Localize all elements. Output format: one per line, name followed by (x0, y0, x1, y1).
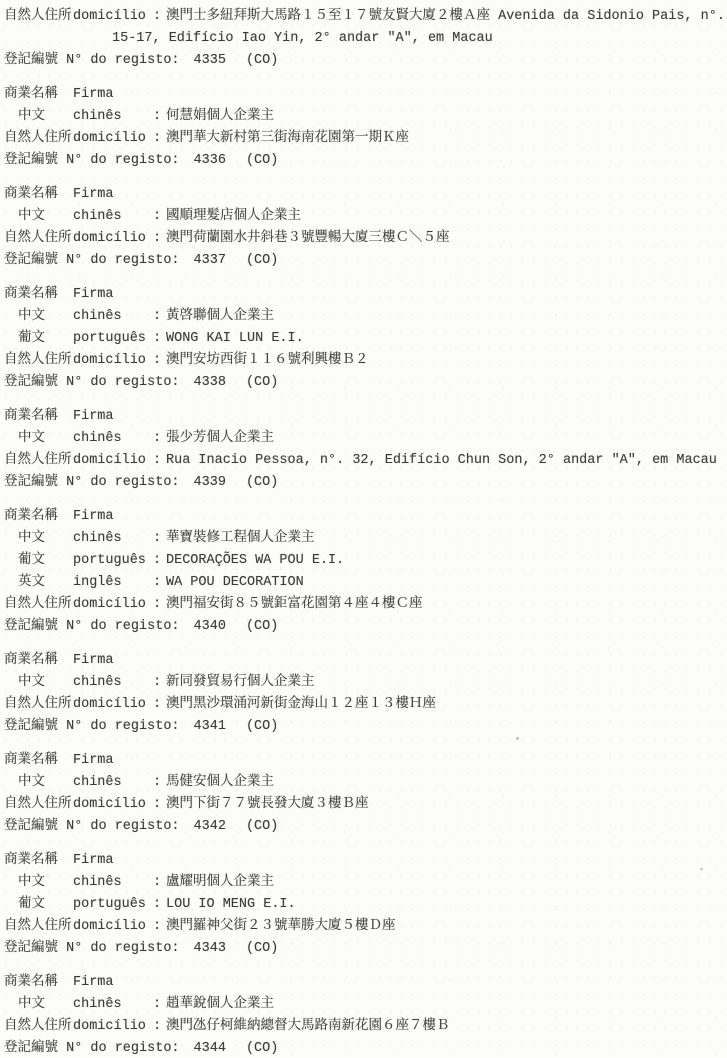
chinese-label-latin: chinês (73, 772, 153, 794)
colon-separator: : (153, 106, 166, 128)
registry-label: 登記編號 N° do registo: (4, 372, 180, 394)
chinese-label-cjk: 中文 (4, 672, 73, 694)
colon-separator: : (153, 672, 166, 694)
chinese-label-latin: chinês (73, 106, 153, 128)
domicile-value-line2: 15-17, Edifício Iao Yin, 2° andar "A", e… (4, 28, 493, 50)
domicile-value: 澳門華大新村第三街海南花園第一期Ｋ座 (166, 128, 727, 150)
chinese-label-latin: chinês (73, 206, 153, 228)
domicile-label-latin: domicílio (73, 594, 153, 616)
registry-number: 4343 (194, 938, 226, 960)
domicile-label-cjk: 自然人住所 (4, 450, 73, 472)
domicile-label-latin: domicílio (73, 128, 153, 150)
registry-number: 4337 (194, 250, 226, 272)
domicile-label-latin: domicílio (73, 694, 153, 716)
domicile-label-cjk: 自然人住所 (4, 350, 73, 372)
registry-suffix: (CO) (246, 472, 278, 494)
portuguese-label-latin: português (73, 894, 153, 916)
chinese-label-cjk: 中文 (4, 772, 73, 794)
colon-separator: : (153, 228, 166, 250)
record-row: 15-17, Edifício Iao Yin, 2° andar "A", e… (4, 28, 727, 50)
registry-suffix: (CO) (246, 716, 278, 738)
record-row: 登記編號 N° do registo:4338(CO) (4, 372, 727, 394)
registry-suffix: (CO) (246, 50, 278, 72)
record-row: 登記編號 N° do registo:4336(CO) (4, 150, 727, 172)
entries-list: 商業名稱Firma中文chinês:何慧娟個人企業主自然人住所domicílio… (4, 84, 727, 1058)
chinese-label-cjk: 中文 (4, 994, 73, 1016)
colon-separator: : (153, 994, 166, 1016)
domicile-value: 澳門安坊西街１１６號利興樓Ｂ２ (166, 350, 727, 372)
domicile-label-cjk: 自然人住所 (4, 594, 73, 616)
record-row: 自然人住所domicílio:澳門黑沙環涌河新街金海山１２座１３樓Ｈ座 (4, 694, 727, 716)
chinese-label-cjk: 中文 (4, 206, 73, 228)
domicile-label-cjk: 自然人住所 (4, 794, 73, 816)
registry-label: 登記編號 N° do registo: (4, 1038, 180, 1058)
chinese-label-latin: chinês (73, 994, 153, 1016)
record-row: 登記編號 N° do registo:4343(CO) (4, 938, 727, 960)
chinese-label-latin: chinês (73, 672, 153, 694)
registration-entry: 商業名稱Firma中文chinês:張少芳個人企業主自然人住所domicílio… (4, 406, 727, 494)
firm-label-latin: Firma (73, 650, 153, 672)
scan-speck (287, 456, 289, 458)
registry-number: 4342 (194, 816, 226, 838)
domicile-label-cjk: 自然人住所 (4, 128, 73, 150)
firm-label-latin: Firma (73, 972, 153, 994)
domicile-label-latin: domicílio (73, 6, 153, 28)
record-row: 自然人住所domicílio:澳門福安街８５號鉅富花園第４座４樓Ｃ座 (4, 594, 727, 616)
domicile-value: 澳門羅神父街２３號華勝大廈５樓Ｄ座 (166, 916, 727, 938)
registry-suffix: (CO) (246, 150, 278, 172)
firm-label-latin: Firma (73, 284, 153, 306)
record-row: 中文chinês:盧耀明個人企業主 (4, 872, 727, 894)
colon-separator: : (153, 128, 166, 150)
domicile-value: 澳門氹仔柯維納總督大馬路南新花園６座７樓Ｂ (166, 1016, 727, 1038)
chinese-name-value: 何慧娟個人企業主 (166, 106, 727, 128)
registry-number: 4335 (194, 50, 226, 72)
domicile-label-cjk: 自然人住所 (4, 916, 73, 938)
firm-label-cjk: 商業名稱 (4, 184, 73, 206)
record-row: 自然人住所domicílio:澳門氹仔柯維納總督大馬路南新花園６座７樓Ｂ (4, 1016, 727, 1038)
portuguese-label-latin: português (73, 550, 153, 572)
colon-separator: : (153, 528, 166, 550)
firm-label-latin: Firma (73, 506, 153, 528)
record-row: 商業名稱Firma (4, 506, 727, 528)
domicile-label-cjk: 自然人住所 (4, 228, 73, 250)
colon-separator: : (153, 594, 166, 616)
colon-separator: : (153, 694, 166, 716)
record-row: 登記編號 N° do registo:4344(CO) (4, 1038, 727, 1058)
firm-label-cjk: 商業名稱 (4, 284, 73, 306)
registration-entry: 商業名稱Firma中文chinês:趙華銳個人企業主自然人住所domicílio… (4, 972, 727, 1058)
colon-separator: : (153, 350, 166, 372)
firm-label-cjk: 商業名稱 (4, 850, 73, 872)
firm-label-cjk: 商業名稱 (4, 650, 73, 672)
record-row: 登記編號 N° do registo:4340(CO) (4, 616, 727, 638)
record-row: 中文chinês:新同發貿易行個人企業主 (4, 672, 727, 694)
firm-label-cjk: 商業名稱 (4, 84, 73, 106)
portuguese-label-cjk: 葡文 (4, 550, 73, 572)
record-row: 葡文português:LOU IO MENG E.I. (4, 894, 727, 916)
registration-entry: 商業名稱Firma中文chinês:華寶裝修工程個人企業主葡文português… (4, 506, 727, 638)
record-row: 葡文português:WONG KAI LUN E.I. (4, 328, 727, 350)
domicile-label-cjk: 自然人住所 (4, 694, 73, 716)
firm-label-latin: Firma (73, 184, 153, 206)
domicile-label-cjk: 自然人住所 (4, 1016, 73, 1038)
chinese-label-latin: chinês (73, 428, 153, 450)
record-row: 登記編號 N° do registo:4342(CO) (4, 816, 727, 838)
registry-suffix: (CO) (246, 1038, 278, 1058)
registry-label: 登記編號 N° do registo: (4, 150, 180, 172)
colon-separator: : (153, 206, 166, 228)
chinese-label-latin: chinês (73, 306, 153, 328)
registry-suffix: (CO) (246, 616, 278, 638)
record-row: 中文chinês:國順理髮店個人企業主 (4, 206, 727, 228)
record-row: 商業名稱Firma (4, 406, 727, 428)
chinese-name-value: 華寶裝修工程個人企業主 (166, 528, 727, 550)
firm-label-cjk: 商業名稱 (4, 972, 73, 994)
registry-label: 登記編號 N° do registo: (4, 250, 180, 272)
record-row: 商業名稱Firma (4, 972, 727, 994)
firm-label-latin: Firma (73, 750, 153, 772)
chinese-name-value: 新同發貿易行個人企業主 (166, 672, 727, 694)
registry-number: 4338 (194, 372, 226, 394)
chinese-label-latin: chinês (73, 528, 153, 550)
scan-speck (516, 737, 519, 740)
domicile-value: 澳門福安街８５號鉅富花園第４座４樓Ｃ座 (166, 594, 727, 616)
chinese-label-cjk: 中文 (4, 528, 73, 550)
domicile-value-line1: 澳門士多紐拜斯大馬路１５至１７號友賢大廈２樓Ａ座 Avenida da Sido… (166, 6, 727, 28)
record-row: 英文inglês:WA POU DECORATION (4, 572, 727, 594)
firm-label-cjk: 商業名稱 (4, 750, 73, 772)
record-row: 自然人住所domicílio:澳門華大新村第三街海南花園第一期Ｋ座 (4, 128, 727, 150)
chinese-name-value: 張少芳個人企業主 (166, 428, 727, 450)
colon-separator: : (153, 916, 166, 938)
record-row: 商業名稱Firma (4, 84, 727, 106)
registration-entry: 商業名稱Firma中文chinês:盧耀明個人企業主葡文português:LO… (4, 850, 727, 960)
chinese-label-cjk: 中文 (4, 106, 73, 128)
colon-separator: : (153, 572, 166, 594)
portuguese-label-cjk: 葡文 (4, 328, 73, 350)
domicile-label-latin: domicílio (73, 916, 153, 938)
firm-label-latin: Firma (73, 850, 153, 872)
record-row: 自然人住所domicílio:澳門羅神父街２３號華勝大廈５樓Ｄ座 (4, 916, 727, 938)
record-row: 自然人住所 domicílio : 澳門士多紐拜斯大馬路１５至１７號友賢大廈２樓… (4, 6, 727, 28)
registry-label: 登記編號 N° do registo: (4, 50, 180, 72)
record-row: 中文chinês:華寶裝修工程個人企業主 (4, 528, 727, 550)
registration-entry: 商業名稱Firma中文chinês:國順理髮店個人企業主自然人住所domicíl… (4, 184, 727, 272)
registration-entry: 商業名稱Firma中文chinês:馬健安個人企業主自然人住所domicílio… (4, 750, 727, 838)
portuguese-name-value: LOU IO MENG E.I. (166, 894, 727, 916)
record-row: 自然人住所domicílio:澳門下街７７號長發大廈３樓Ｂ座 (4, 794, 727, 816)
registry-label: 登記編號 N° do registo: (4, 816, 180, 838)
record-row: 中文chinês:何慧娟個人企業主 (4, 106, 727, 128)
registry-number: 4340 (194, 616, 226, 638)
domicile-value: 澳門黑沙環涌河新街金海山１２座１３樓Ｈ座 (166, 694, 727, 716)
colon-separator: : (153, 772, 166, 794)
record-row: 登記編號 N° do registo: 4335 (CO) (4, 50, 727, 72)
domicile-label-latin: domicílio (73, 350, 153, 372)
chinese-name-value: 盧耀明個人企業主 (166, 872, 727, 894)
registry-suffix: (CO) (246, 372, 278, 394)
chinese-label-cjk: 中文 (4, 428, 73, 450)
record-row: 葡文português:DECORAÇÕES WA POU E.I. (4, 550, 727, 572)
record-row: 中文chinês:趙華銳個人企業主 (4, 994, 727, 1016)
record-row: 登記編號 N° do registo:4337(CO) (4, 250, 727, 272)
portuguese-name-value: WONG KAI LUN E.I. (166, 328, 727, 350)
registry-suffix: (CO) (246, 816, 278, 838)
firm-label-cjk: 商業名稱 (4, 506, 73, 528)
registry-number: 4336 (194, 150, 226, 172)
chinese-label-cjk: 中文 (4, 306, 73, 328)
registration-entry: 商業名稱Firma中文chinês:何慧娟個人企業主自然人住所domicílio… (4, 84, 727, 172)
colon-separator: : (153, 450, 166, 472)
domicile-value: Rua Inacio Pessoa, n°. 32, Edifício Chun… (166, 450, 727, 472)
firm-label-cjk: 商業名稱 (4, 406, 73, 428)
registry-label: 登記編號 N° do registo: (4, 716, 180, 738)
record-row: 商業名稱Firma (4, 750, 727, 772)
domicile-value: 澳門下街７７號長發大廈３樓Ｂ座 (166, 794, 727, 816)
record-row: 中文chinês:張少芳個人企業主 (4, 428, 727, 450)
english-name-value: WA POU DECORATION (166, 572, 727, 594)
chinese-name-value: 馬健安個人企業主 (166, 772, 727, 794)
chinese-name-value: 國順理髮店個人企業主 (166, 206, 727, 228)
domicile-label-latin: domicílio (73, 450, 153, 472)
chinese-label-latin: chinês (73, 872, 153, 894)
registration-entry: 商業名稱Firma中文chinês:新同發貿易行個人企業主自然人住所domicí… (4, 650, 727, 738)
registry-number: 4341 (194, 716, 226, 738)
registry-label: 登記編號 N° do registo: (4, 472, 180, 494)
record-row: 商業名稱Firma (4, 184, 727, 206)
domicile-label-latin: domicílio (73, 228, 153, 250)
colon-separator: : (153, 1016, 166, 1038)
record-row: 商業名稱Firma (4, 650, 727, 672)
record-row: 商業名稱Firma (4, 284, 727, 306)
domicile-label-latin: domicílio (73, 794, 153, 816)
record-row: 登記編號 N° do registo:4339(CO) (4, 472, 727, 494)
registry-suffix: (CO) (246, 250, 278, 272)
colon-separator: : (153, 794, 166, 816)
portuguese-name-value: DECORAÇÕES WA POU E.I. (166, 550, 727, 572)
gazette-scan-page: 自然人住所 domicílio : 澳門士多紐拜斯大馬路１５至１７號友賢大廈２樓… (0, 0, 727, 1058)
chinese-name-value: 黃啓聯個人企業主 (166, 306, 727, 328)
colon-separator: : (153, 328, 166, 350)
colon-separator: : (153, 306, 166, 328)
continuation-entry: 自然人住所 domicílio : 澳門士多紐拜斯大馬路１５至１７號友賢大廈２樓… (4, 6, 727, 72)
domicile-label-cjk: 自然人住所 (4, 6, 73, 28)
record-row: 自然人住所domicílio:Rua Inacio Pessoa, n°. 32… (4, 450, 727, 472)
english-label-cjk: 英文 (4, 572, 73, 594)
registry-label: 登記編號 N° do registo: (4, 616, 180, 638)
domicile-label-latin: domicílio (73, 1016, 153, 1038)
colon-separator: : (153, 6, 166, 28)
record-row: 自然人住所domicílio:澳門安坊西街１１６號利興樓Ｂ２ (4, 350, 727, 372)
chinese-label-cjk: 中文 (4, 872, 73, 894)
domicile-value: 澳門荷蘭園水井斜巷３號豐暢大廈三樓Ｃ＼５座 (166, 228, 727, 250)
colon-separator: : (153, 894, 166, 916)
record-row: 商業名稱Firma (4, 850, 727, 872)
colon-separator: : (153, 428, 166, 450)
english-label-latin: inglês (73, 572, 153, 594)
registry-label: 登記編號 N° do registo: (4, 938, 180, 960)
portuguese-label-latin: português (73, 328, 153, 350)
colon-separator: : (153, 550, 166, 572)
portuguese-label-cjk: 葡文 (4, 894, 73, 916)
registration-entry: 商業名稱Firma中文chinês:黃啓聯個人企業主葡文português:WO… (4, 284, 727, 394)
chinese-name-value: 趙華銳個人企業主 (166, 994, 727, 1016)
registry-suffix: (CO) (246, 938, 278, 960)
record-row: 中文chinês:馬健安個人企業主 (4, 772, 727, 794)
record-row: 中文chinês:黃啓聯個人企業主 (4, 306, 727, 328)
firm-label-latin: Firma (73, 84, 153, 106)
registry-number: 4344 (194, 1038, 226, 1058)
firm-label-latin: Firma (73, 406, 153, 428)
record-row: 登記編號 N° do registo:4341(CO) (4, 716, 727, 738)
registry-number: 4339 (194, 472, 226, 494)
colon-separator: : (153, 872, 166, 894)
record-row: 自然人住所domicílio:澳門荷蘭園水井斜巷３號豐暢大廈三樓Ｃ＼５座 (4, 228, 727, 250)
